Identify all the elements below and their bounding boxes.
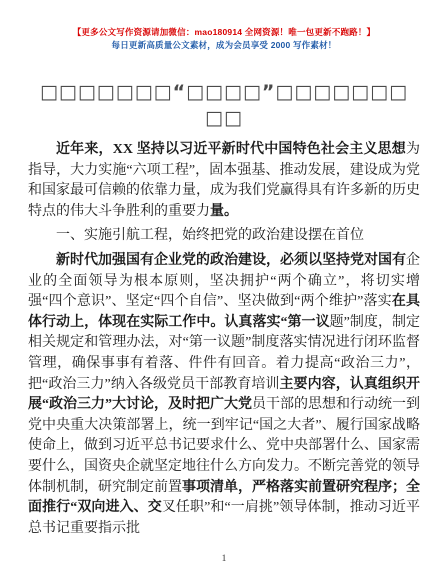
promo-line-blue: 每日更新高质量公文素材，成为会员享受 2000 写作素材！ — [28, 39, 420, 52]
section-heading: 一、实施引航工程，始终把党的政治建设摆在首位 — [28, 226, 420, 247]
doc-title: □□□□□□□“□□□□”□□□□□□□ □□ — [28, 79, 420, 131]
document-page: 【更多公文写作资源请加微信：mao180914 全网资源！唯一包更新不跑路！】 … — [0, 0, 448, 580]
document-body: 近年来，XX 坚持以习近平新时代中国特色社会主义思想为指导，大力实施“六项工程”… — [28, 140, 420, 539]
doc-title-line-1: □□□□□□□“□□□□”□□□□□□□ — [28, 79, 420, 105]
doc-title-line-2: □□ — [28, 105, 420, 131]
body-paragraph: 近年来，XX 坚持以习近平新时代中国特色社会主义思想为指导，大力实施“六项工程”… — [28, 140, 420, 222]
text-segment: 近年来，XX 坚持以习近平新时代中国特色社会主义思想 — [56, 142, 406, 157]
body-paragraph: 新时代加强国有企业党的政治建设，必须以坚持党对国有企业的全面领导为根本原则，坚决… — [28, 251, 420, 539]
text-segment: 量。 — [210, 204, 238, 219]
text-segment: 新时代加强国有企业党的政治建设，必须以坚持党对国有 — [56, 253, 406, 268]
promo-header: 【更多公文写作资源请加微信：mao180914 全网资源！唯一包更新不跑路！】 … — [28, 26, 420, 52]
text-segment: 一、实施引航工程，始终把党的政治建设摆在首位 — [56, 228, 364, 243]
page-number: 1 — [0, 554, 448, 564]
promo-line-red: 【更多公文写作资源请加微信：mao180914 全网资源！唯一包更新不跑路！】 — [28, 26, 420, 39]
